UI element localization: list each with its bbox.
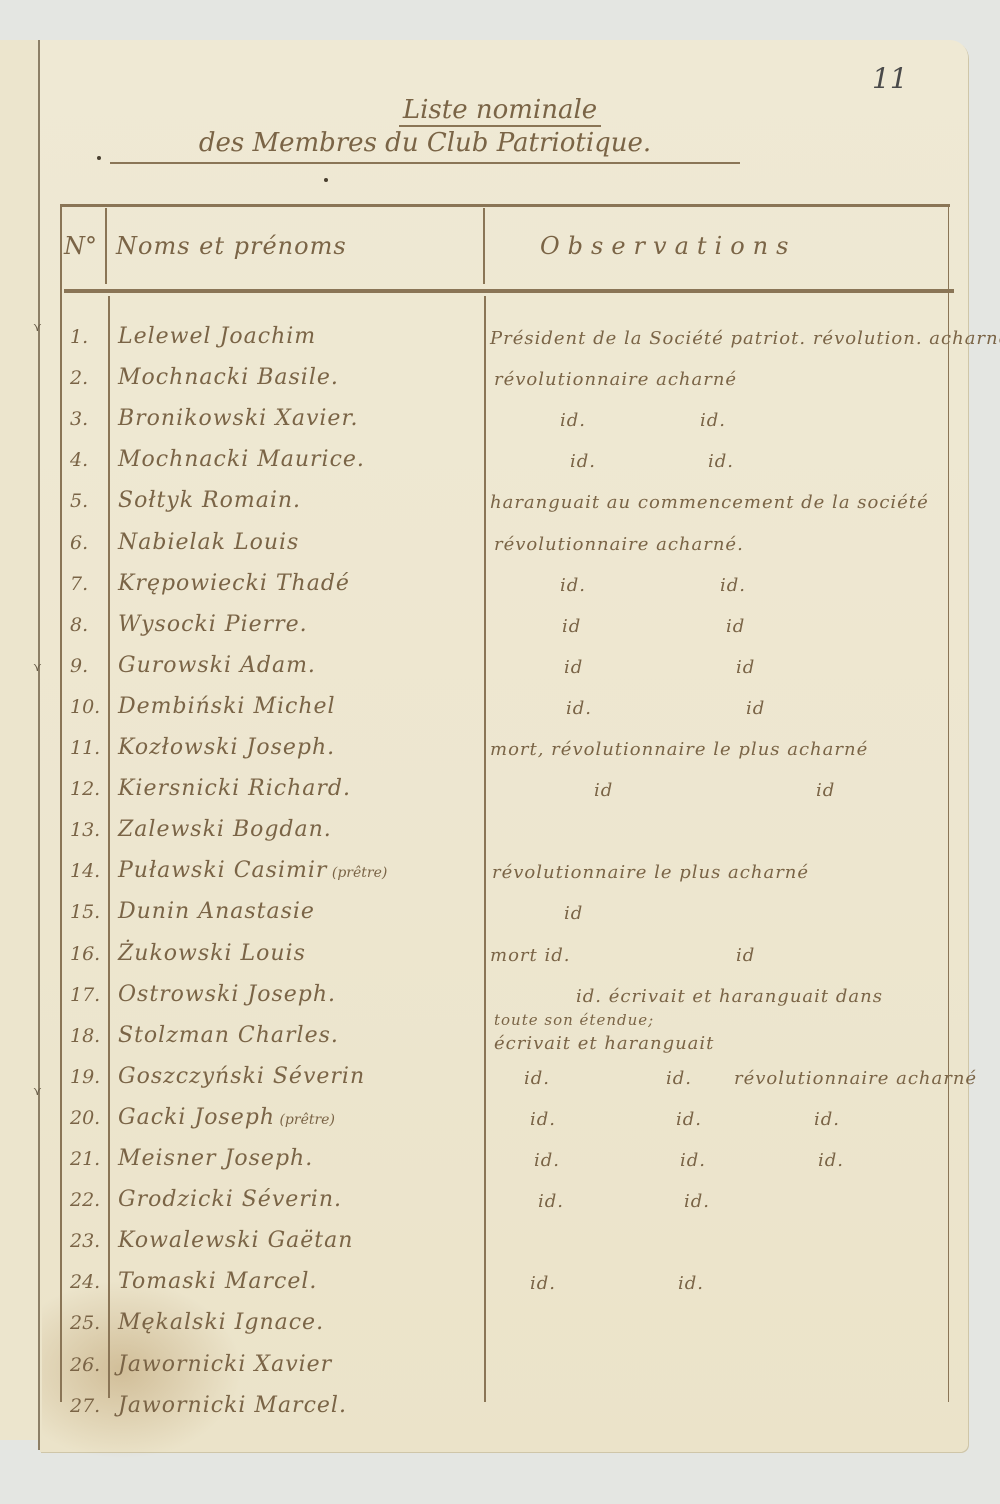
- folio-number: 11: [872, 62, 908, 95]
- observation-text: id.: [818, 1150, 844, 1171]
- member-name: Krępowiecki Thadé: [118, 571, 350, 596]
- member-name-text: Jawornicki Marcel.: [118, 1393, 347, 1418]
- ink-dot: [324, 178, 328, 182]
- observation-text: id.: [678, 1273, 704, 1294]
- member-name: Dunin Anastasie: [118, 899, 315, 924]
- member-name: Kozłowski Joseph.: [118, 735, 335, 760]
- column-header-observations: Observations: [540, 232, 796, 260]
- member-name-text: Mochnacki Basile.: [118, 365, 339, 390]
- observation-text: toute son étendue;: [494, 1011, 654, 1029]
- observation-text: id: [736, 945, 755, 966]
- ink-dot: [97, 156, 101, 160]
- column-header-number: N°: [64, 232, 97, 260]
- member-name: Jawornicki Marcel.: [118, 1393, 347, 1418]
- member-name-text: Ostrowski Joseph.: [118, 982, 336, 1007]
- member-name-text: Mochnacki Maurice.: [118, 447, 365, 472]
- title-line-1: Liste nominale: [0, 95, 1000, 125]
- observation-text: révolutionnaire acharné: [494, 369, 737, 390]
- member-name-text: Krępowiecki Thadé: [118, 571, 350, 596]
- observation-text: id.: [684, 1191, 710, 1212]
- observation-text: id.: [570, 451, 596, 472]
- observation-text: id.: [530, 1109, 556, 1130]
- member-name: Lelewel Joachim: [118, 324, 316, 349]
- member-name-text: Jawornicki Xavier: [118, 1352, 332, 1377]
- observation-text: révolutionnaire acharné: [734, 1068, 977, 1089]
- member-name: Sołtyk Romain.: [118, 488, 301, 513]
- member-name: Tomaski Marcel.: [118, 1269, 317, 1294]
- observation-text: id: [736, 657, 755, 678]
- header-bottom-rule: [64, 289, 954, 293]
- member-name-text: Kozłowski Joseph.: [118, 735, 335, 760]
- table-top-rule: [60, 204, 950, 207]
- observation-text: id.: [530, 1273, 556, 1294]
- observation-text: id.: [566, 698, 592, 719]
- header-num-divider: [105, 208, 107, 284]
- binding-gutter: [38, 40, 40, 1450]
- observation-text: id.: [666, 1068, 692, 1089]
- observation-text: id.: [676, 1109, 702, 1130]
- column-header-name: Noms et prénoms: [116, 232, 347, 260]
- member-name-text: Grodzicki Séverin.: [118, 1187, 342, 1212]
- member-name-text: Zalewski Bogdan.: [118, 817, 332, 842]
- member-name-text: Żukowski Louis: [118, 941, 306, 966]
- member-name-text: Kiersnicki Richard.: [118, 776, 351, 801]
- member-name: Dembiński Michel: [118, 694, 336, 719]
- observation-text: mort, révolutionnaire le plus acharné: [490, 739, 868, 760]
- observation-text: id: [564, 903, 583, 924]
- member-name-text: Puławski Casimir: [118, 858, 327, 883]
- observation-text: id.: [708, 451, 734, 472]
- observation-text: Président de la Société patriot. révolut…: [490, 328, 1000, 349]
- member-name: Nabielak Louis: [118, 530, 299, 555]
- observation-text: id: [816, 780, 835, 801]
- observation-text: id.: [720, 575, 746, 596]
- member-name-text: Wysocki Pierre.: [118, 612, 308, 637]
- member-name: Gacki Joseph (prêtre): [118, 1105, 335, 1130]
- binding-stitch-icon: ⋎: [33, 662, 43, 672]
- binding-stitch-icon: ⋎: [33, 1086, 43, 1096]
- member-name: Gurowski Adam.: [118, 653, 316, 678]
- member-name: Grodzicki Séverin.: [118, 1187, 342, 1212]
- observation-text: révolutionnaire acharné.: [494, 534, 744, 555]
- observation-text: id: [564, 657, 583, 678]
- member-name: Wysocki Pierre.: [118, 612, 308, 637]
- member-name-text: Gacki Joseph: [118, 1105, 275, 1130]
- member-name-text: Gurowski Adam.: [118, 653, 316, 678]
- binding-stitch-icon: ⋎: [33, 322, 43, 332]
- observation-text: mort id.: [490, 945, 570, 966]
- observation-text: id.: [560, 575, 586, 596]
- observation-text: id. écrivait et haranguait dans: [576, 986, 883, 1007]
- member-name: Jawornicki Xavier: [118, 1352, 332, 1377]
- observation-text: id: [562, 616, 581, 637]
- member-name: Zalewski Bogdan.: [118, 817, 332, 842]
- member-name: Goszczyński Séverin: [118, 1064, 365, 1089]
- observation-text: id.: [560, 410, 586, 431]
- member-note: (prêtre): [327, 865, 387, 881]
- member-name-text: Kowalewski Gaëtan: [118, 1228, 353, 1253]
- member-name-text: Tomaski Marcel.: [118, 1269, 317, 1294]
- member-name: Mękalski Ignace.: [118, 1310, 324, 1335]
- member-name-text: Stolzman Charles.: [118, 1023, 339, 1048]
- observation-text: id.: [700, 410, 726, 431]
- title-line-2: des Membres du Club Patriotique.: [110, 128, 740, 164]
- member-name-text: Dunin Anastasie: [118, 899, 315, 924]
- member-name: Ostrowski Joseph.: [118, 982, 336, 1007]
- observation-text: haranguait au commencement de la société: [490, 492, 929, 513]
- observation-text: id.: [814, 1109, 840, 1130]
- member-name-text: Bronikowski Xavier.: [118, 406, 359, 431]
- member-note: (prêtre): [275, 1112, 335, 1128]
- member-name-text: Mękalski Ignace.: [118, 1310, 324, 1335]
- observation-text: id: [746, 698, 765, 719]
- member-name: Puławski Casimir (prêtre): [118, 858, 387, 883]
- member-name-text: Nabielak Louis: [118, 530, 299, 555]
- member-name: Kiersnicki Richard.: [118, 776, 351, 801]
- observation-text: id.: [538, 1191, 564, 1212]
- table-left-rule: [60, 206, 62, 1402]
- obs-column-divider: [484, 296, 486, 1402]
- member-name: Stolzman Charles.: [118, 1023, 339, 1048]
- member-name-text: Lelewel Joachim: [118, 324, 316, 349]
- member-name: Mochnacki Maurice.: [118, 447, 365, 472]
- observation-text: id: [726, 616, 745, 637]
- member-name: Mochnacki Basile.: [118, 365, 339, 390]
- observation-text: écrivait et haranguait: [494, 1033, 714, 1054]
- member-name-text: Dembiński Michel: [118, 694, 336, 719]
- member-name: Kowalewski Gaëtan: [118, 1228, 353, 1253]
- member-name: Meisner Joseph.: [118, 1146, 313, 1171]
- observation-text: révolutionnaire le plus acharné: [492, 862, 809, 883]
- header-obs-divider: [483, 208, 485, 284]
- observation-text: id.: [534, 1150, 560, 1171]
- table-right-rule: [948, 206, 949, 1402]
- member-name: Żukowski Louis: [118, 941, 306, 966]
- member-name-text: Sołtyk Romain.: [118, 488, 301, 513]
- observation-text: id: [594, 780, 613, 801]
- member-name: Bronikowski Xavier.: [118, 406, 359, 431]
- member-name-text: Meisner Joseph.: [118, 1146, 313, 1171]
- facing-page-edge: [0, 40, 39, 1440]
- member-name-text: Goszczyński Séverin: [118, 1064, 365, 1089]
- observation-text: id.: [680, 1150, 706, 1171]
- observation-text: id.: [524, 1068, 550, 1089]
